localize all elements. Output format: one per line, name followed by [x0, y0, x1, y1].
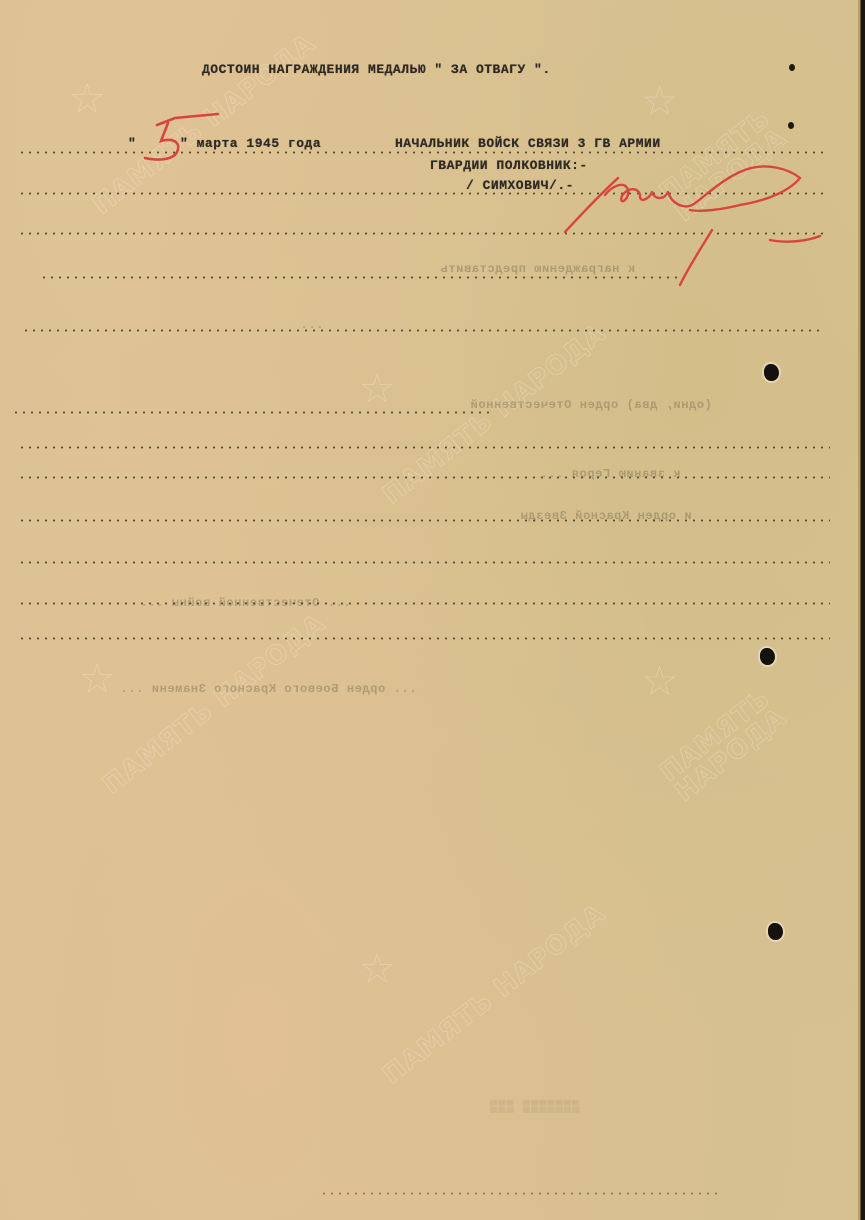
date-open-quote: " — [128, 136, 136, 151]
bleed-through-line: к награждению представить — [440, 262, 635, 276]
form-line — [18, 446, 830, 449]
form-line — [22, 329, 822, 332]
form-line — [18, 519, 830, 522]
punch-hole — [764, 364, 779, 381]
form-line — [18, 602, 830, 605]
pin-mark — [788, 122, 794, 129]
date-text: " марта 1945 года — [180, 136, 321, 151]
punch-hole — [768, 923, 783, 940]
page-edge — [858, 0, 865, 1220]
form-line — [18, 637, 830, 640]
faint-typed-remnant: ▒▒▒ ▒▒▒▒▒▒▒ — [490, 1100, 580, 1114]
bleed-through-line: ... орден Боевого Красного Знамени ... — [120, 682, 416, 696]
form-line — [18, 561, 830, 564]
signer-name: / СИМХОВИЧ/.- — [466, 178, 574, 193]
signer-title-line1: НАЧАЛЬНИК ВОЙСК СВЯЗИ 3 ГВ АРМИИ — [395, 136, 661, 151]
signer-title-line2: ГВАРДИИ ПОЛКОВНИК:- — [430, 158, 588, 173]
form-line — [18, 232, 826, 235]
form-line — [18, 476, 830, 479]
award-heading: ДОСТОИН НАГРАЖДЕНИЯ МЕДАЛЬЮ " ЗА ОТВАГУ … — [202, 62, 551, 77]
form-line — [12, 411, 492, 414]
form-line — [18, 192, 826, 195]
form-line — [40, 276, 680, 279]
pin-mark — [789, 64, 795, 71]
form-line — [320, 1192, 720, 1195]
form-line — [18, 151, 826, 154]
bleed-through-line: (одни, два) орден Отечественной — [470, 398, 712, 412]
punch-hole — [760, 648, 775, 665]
